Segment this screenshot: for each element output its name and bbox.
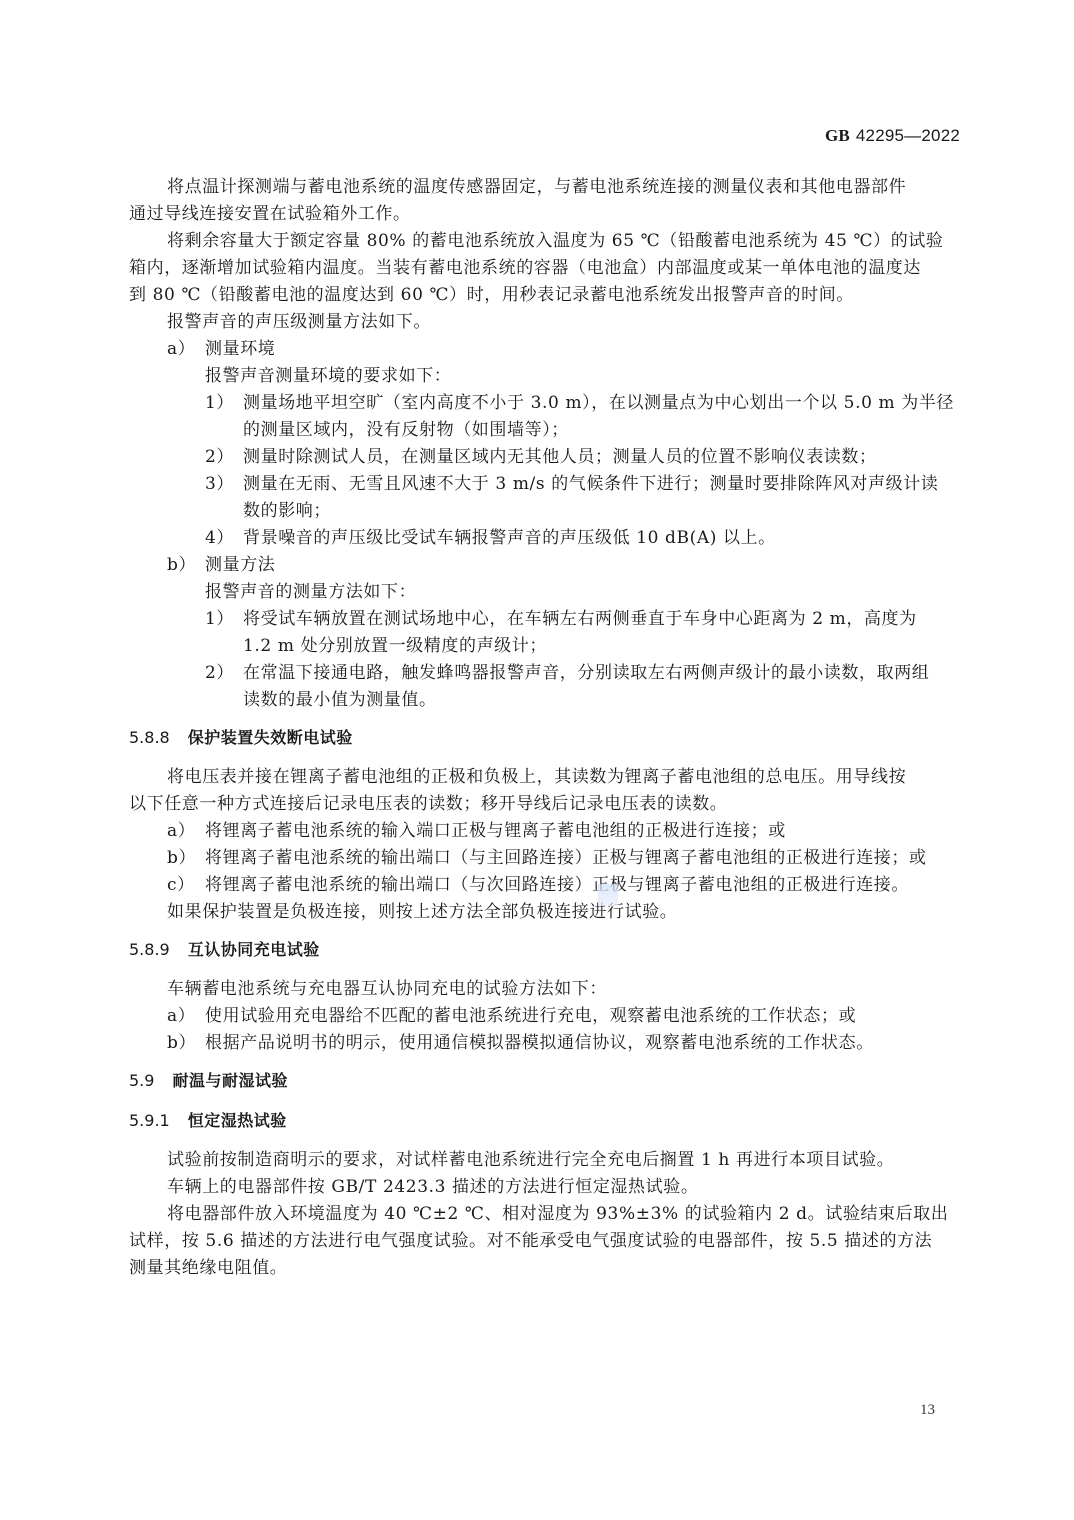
text-line: 将电压表并接在锂离子蓄电池组的正极和负极上，其读数为锂离子蓄电池组的总电压。用导… <box>129 764 961 791</box>
list-item-b: b）测量方法 报警声音的测量方法如下： 1）将受试车辆放置在测试场地中心，在车辆… <box>129 552 961 714</box>
list-intro: 报警声音的测量方法如下： <box>129 579 961 606</box>
watermark-mark <box>598 884 618 906</box>
list-text: 将锂离子蓄电池系统的输出端口（与主回路连接）正极与锂离子蓄电池组的正极进行连接；… <box>205 848 927 868</box>
section-number: 5.8.9 <box>129 936 170 963</box>
text-line: 将受试车辆放置在测试场地中心，在车辆左右两侧垂直于车身中心距离为 2 m，高度为 <box>243 609 917 629</box>
text-line: 测量在无雨、无雪且风速不大于 3 m/s 的气候条件下进行；测量时要排除阵风对声… <box>243 474 938 494</box>
section-number: 5.8.8 <box>129 724 170 751</box>
section-number: 5.9 <box>129 1067 154 1094</box>
list-item-a: a）测量环境 报警声音测量环境的要求如下： 1）测量场地平坦空旷（室内高度不小于… <box>129 336 961 552</box>
section-title: 恒定湿热试验 <box>188 1111 287 1130</box>
text-line: 的测量区域内，没有反射物（如围墙等）； <box>129 417 961 444</box>
text-line: 测量其绝缘电阻值。 <box>129 1255 961 1282</box>
page-number: 13 <box>920 1402 935 1419</box>
page-body: 将点温计探测端与蓄电池系统的温度传感器固定，与蓄电池系统连接的测量仪表和其他电器… <box>129 174 961 1282</box>
list-text: 将锂离子蓄电池系统的输出端口（与次回路连接）正极与锂离子蓄电池组的正极进行连接。 <box>205 875 909 895</box>
standard-number: 42295—2022 <box>856 126 960 145</box>
list-marker: 3） <box>205 471 243 498</box>
list-text: 使用试验用充电器给不匹配的蓄电池系统进行充电，观察蓄电池系统的工作状态；或 <box>205 1006 856 1026</box>
list-marker: 2） <box>205 444 243 471</box>
text-line: 测量场地平坦空旷（室内高度不小于 3.0 m），在以测量点为中心划出一个以 5.… <box>243 393 954 413</box>
list-marker: b） <box>167 1030 205 1057</box>
text-line: 试样，按 5.6 描述的方法进行电气强度试验。对不能承受电气强度试验的电器部件，… <box>129 1228 961 1255</box>
text-line: 车辆上的电器部件按 GB/T 2423.3 描述的方法进行恒定湿热试验。 <box>129 1174 961 1201</box>
paragraph: 将点温计探测端与蓄电池系统的温度传感器固定，与蓄电池系统连接的测量仪表和其他电器… <box>129 174 961 228</box>
list-text: 将锂离子蓄电池系统的输入端口正极与锂离子蓄电池组的正极进行连接；或 <box>205 821 786 841</box>
text-line: 车辆蓄电池系统与充电器互认协同充电的试验方法如下： <box>129 976 961 1003</box>
section-title: 耐温与耐湿试验 <box>172 1071 288 1090</box>
text-line: 将剩余容量大于额定容量 80% 的蓄电池系统放入温度为 65 ℃（铅酸蓄电池系统… <box>129 228 961 255</box>
section-title: 互认协同充电试验 <box>188 940 320 959</box>
list-marker: 1） <box>205 390 243 417</box>
section-heading-5-8-8: 5.8.8保护装置失效断电试验 <box>129 724 961 751</box>
section-number: 5.9.1 <box>129 1107 170 1134</box>
section-title: 保护装置失效断电试验 <box>188 728 353 747</box>
standard-code-header: GB42295—2022 <box>825 126 960 146</box>
list-marker: c） <box>167 872 205 899</box>
list-marker: 2） <box>205 660 243 687</box>
text-line: 将点温计探测端与蓄电池系统的温度传感器固定，与蓄电池系统连接的测量仪表和其他电器… <box>129 174 961 201</box>
list-marker: a） <box>167 818 205 845</box>
standard-prefix: GB <box>825 126 850 145</box>
text-line: 到 80 ℃（铅酸蓄电池的温度达到 60 ℃）时，用秒表记录蓄电池系统发出报警声… <box>129 282 961 309</box>
text-line: 将电器部件放入环境温度为 40 ℃±2 ℃、相对湿度为 93%±3% 的试验箱内… <box>129 1201 961 1228</box>
text-line: 数的影响； <box>129 498 961 525</box>
paragraph: 报警声音的声压级测量方法如下。 <box>129 309 961 336</box>
text-line: 1.2 m 处分别放置一级精度的声级计； <box>129 633 961 660</box>
text-line: 在常温下接通电路，触发蜂鸣器报警声音，分别读取左右两侧声级计的最小读数，取两组 <box>243 663 929 683</box>
text-line: 读数的最小值为测量值。 <box>129 687 961 714</box>
list-marker: a） <box>167 336 205 363</box>
section-heading-5-9: 5.9耐温与耐湿试验 <box>129 1067 961 1094</box>
list-marker: a） <box>167 1003 205 1030</box>
list-marker: b） <box>167 845 205 872</box>
text-line: 如果保护装置是负极连接，则按上述方法全部负极连接进行试验。 <box>129 899 961 926</box>
list-text: 根据产品说明书的明示，使用通信模拟器模拟通信协议，观察蓄电池系统的工作状态。 <box>205 1033 874 1053</box>
list-marker: 1） <box>205 606 243 633</box>
text-line: 试验前按制造商明示的要求，对试样蓄电池系统进行完全充电后搁置 1 h 再进行本项… <box>129 1147 961 1174</box>
section-heading-5-9-1: 5.9.1恒定湿热试验 <box>129 1107 961 1134</box>
text-line: 箱内，逐渐增加试验箱内温度。当装有蓄电池系统的容器（电池盒）内部温度或某一单体电… <box>129 255 961 282</box>
text-line: 以下任意一种方式连接后记录电压表的读数；移开导线后记录电压表的读数。 <box>129 791 961 818</box>
text-line: 背景噪音的声压级比受试车辆报警声音的声压级低 10 dB(A) 以上。 <box>243 528 776 548</box>
text-line: 通过导线连接安置在试验箱外工作。 <box>129 201 961 228</box>
section-heading-5-8-9: 5.8.9互认协同充电试验 <box>129 936 961 963</box>
list-intro: 报警声音测量环境的要求如下： <box>129 363 961 390</box>
list-title: 测量环境 <box>205 339 275 359</box>
paragraph: 将剩余容量大于额定容量 80% 的蓄电池系统放入温度为 65 ℃（铅酸蓄电池系统… <box>129 228 961 309</box>
list-title: 测量方法 <box>205 555 275 575</box>
text-line: 测量时除测试人员，在测量区域内无其他人员；测量人员的位置不影响仪表读数； <box>243 447 877 467</box>
list-marker: 4） <box>205 525 243 552</box>
list-marker: b） <box>167 552 205 579</box>
